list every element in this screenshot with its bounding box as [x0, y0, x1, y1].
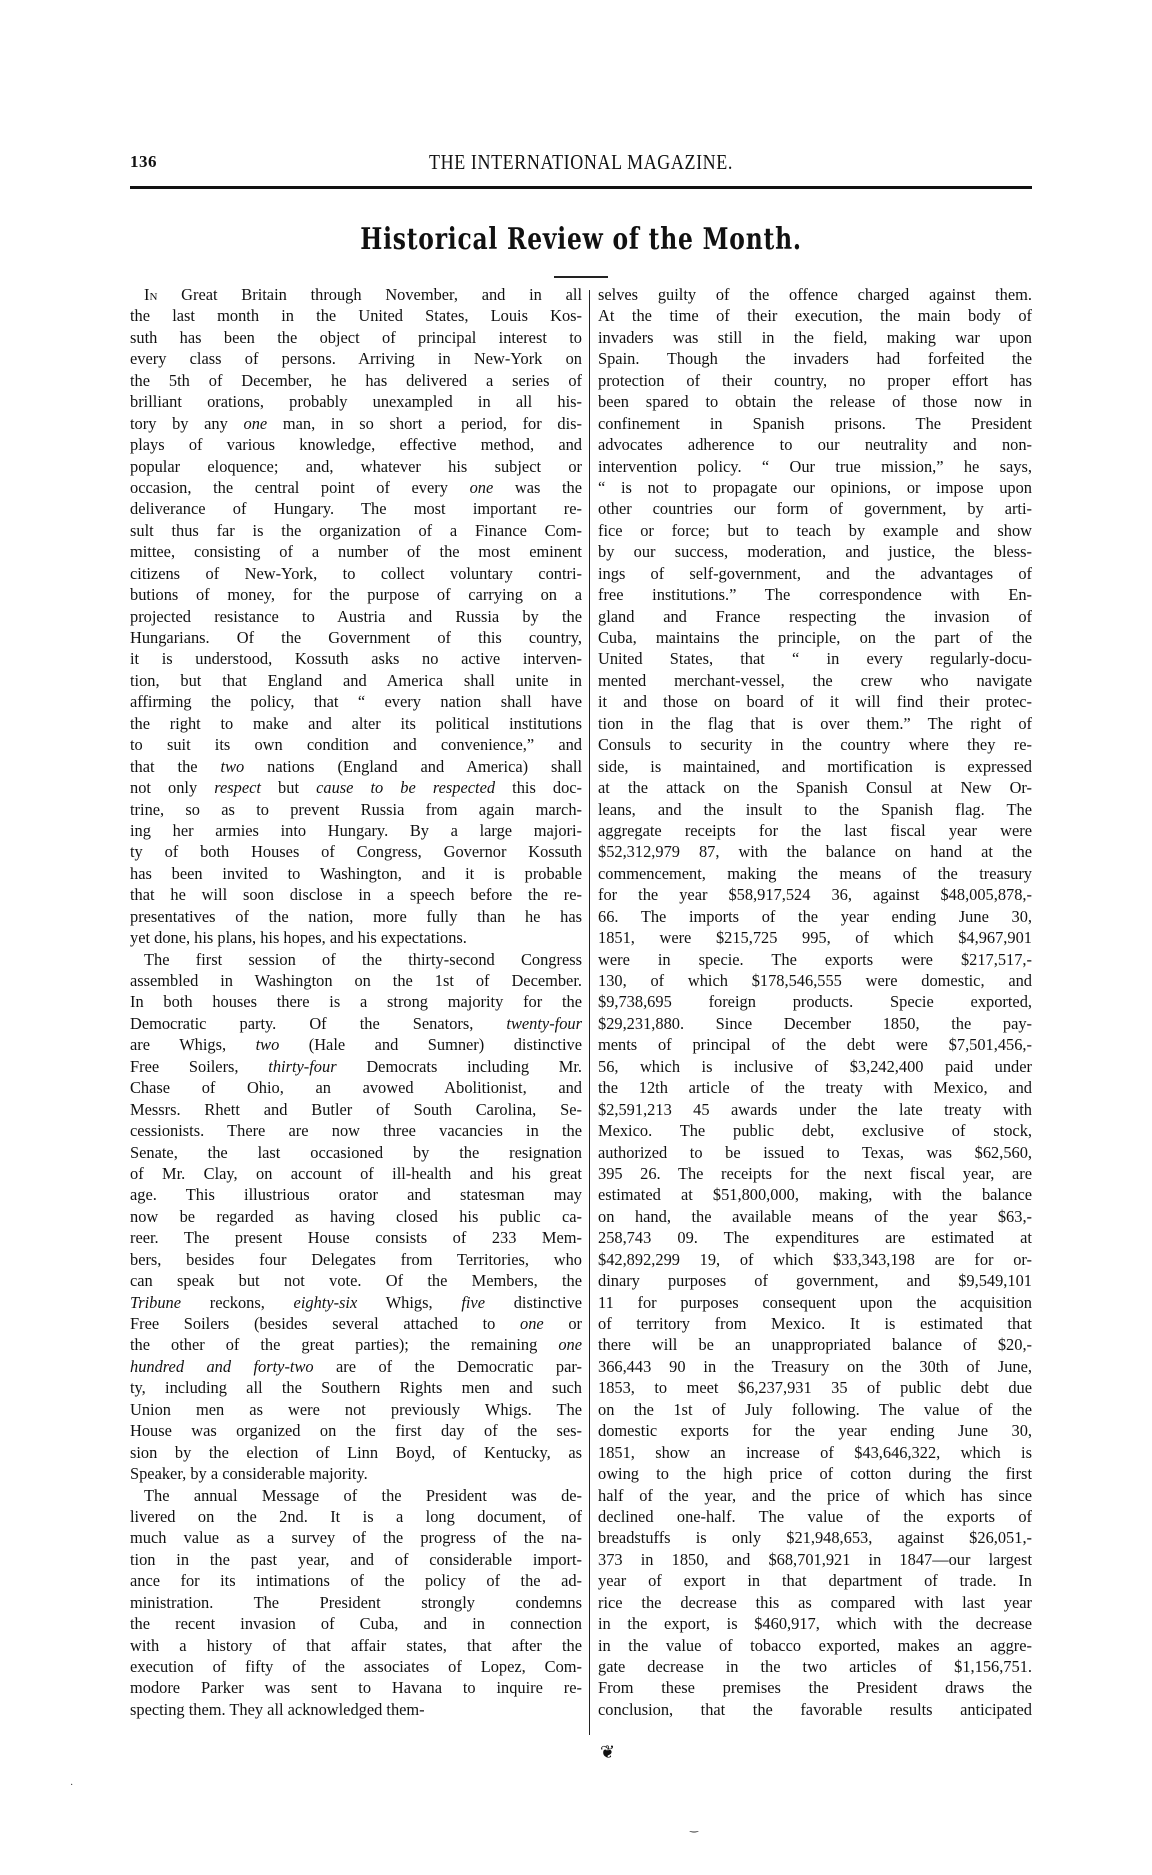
- magazine-title: THE INTERNATIONAL MAGAZINE.: [130, 150, 1032, 174]
- text-line: the other of the great parties); the rem…: [130, 1334, 582, 1355]
- text-line: half of the year, and the price of which…: [598, 1485, 1032, 1506]
- text-line: in the value of tobacco exported, makes …: [598, 1635, 1032, 1656]
- right-column: selves guilty of the offence charged aga…: [598, 284, 1032, 1720]
- text-line: been spared to obtain the release of tho…: [598, 391, 1032, 412]
- text-line: on the 1st of July following. The value …: [598, 1399, 1032, 1420]
- text-line: rice the decrease this as compared with …: [598, 1592, 1032, 1613]
- text-line: aggregate receipts for the last fiscal y…: [598, 820, 1032, 841]
- text-line: Chase of Ohio, an avowed Abolitionist, a…: [130, 1077, 582, 1098]
- text-line: now be regarded as having closed his pub…: [130, 1206, 582, 1227]
- text-line: 1851, were $215,725 995, of which $4,967…: [598, 927, 1032, 948]
- text-line: Messrs. Rhett and Butler of South Caroli…: [130, 1099, 582, 1120]
- text-line: tion in the past year, and of considerab…: [130, 1549, 582, 1570]
- text-line: affirming the policy, that “ every natio…: [130, 691, 582, 712]
- text-line: United States, that “ in every regularly…: [598, 648, 1032, 669]
- text-line: that the two nations (England and Americ…: [130, 756, 582, 777]
- text-line: invaders was still in the field, making …: [598, 327, 1032, 348]
- text-line: gland and France respecting the invasion…: [598, 606, 1032, 627]
- text-line: occasion, the central point of every one…: [130, 477, 582, 498]
- text-line: From these premises the President draws …: [598, 1677, 1032, 1698]
- text-line: cessionists. There are now three vacanci…: [130, 1120, 582, 1141]
- text-line: other countries our form of government, …: [598, 498, 1032, 519]
- text-line: in the export, is $460,917, which with t…: [598, 1613, 1032, 1634]
- text-line: The annual Message of the President was …: [130, 1485, 582, 1506]
- text-line: tory by any one man, in so short a perio…: [130, 413, 582, 434]
- text-line: ments of principal of the debt were $7,5…: [598, 1034, 1032, 1055]
- text-line: Free Soilers, thirty-four Democrats incl…: [130, 1056, 582, 1077]
- text-line: $42,892,299 19, of which $33,343,198 are…: [598, 1249, 1032, 1270]
- text-line: the 5th of December, he has delivered a …: [130, 370, 582, 391]
- text-line: brilliant orations, probably unexampled …: [130, 391, 582, 412]
- running-head: 136 THE INTERNATIONAL MAGAZINE.: [130, 152, 1032, 176]
- text-line: Senate, the last occasioned by the resig…: [130, 1142, 582, 1163]
- text-line: assembled in Washington on the 1st of De…: [130, 970, 582, 991]
- text-line: it and those on board of it will find th…: [598, 691, 1032, 712]
- text-line: hundred and forty-two are of the Democra…: [130, 1356, 582, 1377]
- text-line: declined one-half. The value of the expo…: [598, 1506, 1032, 1527]
- text-line: can speak but not vote. Of the Members, …: [130, 1270, 582, 1291]
- text-line: the last month in the United States, Lou…: [130, 305, 582, 326]
- article-title: Historical Review of the Month.: [229, 222, 933, 257]
- text-line: free institutions.” The correspondence w…: [598, 584, 1032, 605]
- print-speck: ·: [70, 1780, 73, 1791]
- text-line: 1851, show an increase of $43,646,322, w…: [598, 1442, 1032, 1463]
- text-line: $9,738,695 foreign products. Specie expo…: [598, 991, 1032, 1012]
- text-line: fice or force; but to teach by example a…: [598, 520, 1032, 541]
- text-line: reer. The present House consists of 233 …: [130, 1227, 582, 1248]
- text-line: of territory from Mexico. It is estimate…: [598, 1313, 1032, 1334]
- header-rule: [130, 186, 1032, 189]
- text-line: tion, but that England and America shall…: [130, 670, 582, 691]
- text-line: $2,591,213 45 awards under the late trea…: [598, 1099, 1032, 1120]
- text-line: Mexico. The public debt, exclusive of st…: [598, 1120, 1032, 1141]
- text-line: year of export in that department of tra…: [598, 1570, 1032, 1591]
- text-line: advocates adherence to our neutrality an…: [598, 434, 1032, 455]
- text-line: $29,231,880. Since December 1850, the pa…: [598, 1013, 1032, 1034]
- text-line: Hungarians. Of the Government of this co…: [130, 627, 582, 648]
- text-line: it is understood, Kossuth asks no active…: [130, 648, 582, 669]
- column-divider: [589, 290, 590, 1735]
- text-line: there will be an unappropriated balance …: [598, 1334, 1032, 1355]
- text-line: 66. The imports of the year ending June …: [598, 906, 1032, 927]
- text-line: on hand, the available means of the year…: [598, 1206, 1032, 1227]
- text-line: Democratic party. Of the Senators, twent…: [130, 1013, 582, 1034]
- text-line: popular eloquence; and, whatever his sub…: [130, 456, 582, 477]
- text-line: ty of both Houses of Congress, Governor …: [130, 841, 582, 862]
- text-line: Free Soilers (besides several attached t…: [130, 1313, 582, 1334]
- text-line: mented merchant-vessel, the crew who nav…: [598, 670, 1032, 691]
- text-line: dinary purposes of government, and $9,54…: [598, 1270, 1032, 1291]
- text-line: presentatives of the nation, more fully …: [130, 906, 582, 927]
- text-line: Cuba, maintains the principle, on the pa…: [598, 627, 1032, 648]
- text-line: 56, which is inclusive of $3,242,400 pai…: [598, 1056, 1032, 1077]
- text-line: Union men as were not previously Whigs. …: [130, 1399, 582, 1420]
- text-line: 1853, to meet $6,237,931 35 of public de…: [598, 1377, 1032, 1398]
- text-line: leans, and the insult to the Spanish fla…: [598, 799, 1032, 820]
- text-line: domestic exports for the year ending Jun…: [598, 1420, 1032, 1441]
- text-line: tion in the flag that is over them.” The…: [598, 713, 1032, 734]
- text-line: The first session of the thirty-second C…: [130, 949, 582, 970]
- text-line: In both houses there is a strong majorit…: [130, 991, 582, 1012]
- text-line: deliverance of Hungary. The most importa…: [130, 498, 582, 519]
- text-line: suth has been the object of principal in…: [130, 327, 582, 348]
- text-line: sult thus far is the organization of a F…: [130, 520, 582, 541]
- text-line: 395 26. The receipts for the next fiscal…: [598, 1163, 1032, 1184]
- text-line: livered on the 2nd. It is a long documen…: [130, 1506, 582, 1527]
- text-line: Spain. Though the invaders had forfeited…: [598, 348, 1032, 369]
- text-line: execution of fifty of the associates of …: [130, 1656, 582, 1677]
- text-line: has been invited to Washington, and it i…: [130, 863, 582, 884]
- text-line: conclusion, that the favorable results a…: [598, 1699, 1032, 1720]
- printer-ornament-icon: ❦: [600, 1742, 615, 1763]
- text-line: confinement in Spanish prisons. The Pres…: [598, 413, 1032, 434]
- text-line: Speaker, by a considerable majority.: [130, 1463, 582, 1484]
- text-line: of Mr. Clay, on account of ill-health an…: [130, 1163, 582, 1184]
- text-line: age. This illustrious orator and statesm…: [130, 1184, 582, 1205]
- text-line: the recent invasion of Cuba, and in conn…: [130, 1613, 582, 1634]
- left-column: In Great Britain through November, and i…: [130, 284, 582, 1720]
- text-line: ministration. The President strongly con…: [130, 1592, 582, 1613]
- text-line: plays of various knowledge, effective me…: [130, 434, 582, 455]
- text-line: 130, of which $178,546,555 were domestic…: [598, 970, 1032, 991]
- text-line: the right to make and alter its politica…: [130, 713, 582, 734]
- text-line: $52,312,979 87, with the balance on hand…: [598, 841, 1032, 862]
- text-line: that he will soon disclose in a speech b…: [130, 884, 582, 905]
- text-line: are Whigs, two (Hale and Sumner) distinc…: [130, 1034, 582, 1055]
- text-line: side, is maintained, and mortification i…: [598, 756, 1032, 777]
- text-line: “ is not to propagate our opinions, or i…: [598, 477, 1032, 498]
- text-line: the 12th article of the treaty with Mexi…: [598, 1077, 1032, 1098]
- text-line: Tribune reckons, eighty-six Whigs, five …: [130, 1292, 582, 1313]
- text-line: ings of self-government, and the advanta…: [598, 563, 1032, 584]
- text-line: not only respect but cause to be respect…: [130, 777, 582, 798]
- text-line: every class of persons. Arriving in New-…: [130, 348, 582, 369]
- text-line: were in specie. The exports were $217,51…: [598, 949, 1032, 970]
- text-line: ing her armies into Hungary. By a large …: [130, 820, 582, 841]
- text-line: 373 in 1850, and $68,701,921 in 1847—our…: [598, 1549, 1032, 1570]
- text-line: butions of money, for the purpose of car…: [130, 584, 582, 605]
- text-line: by our success, moderation, and justice,…: [598, 541, 1032, 562]
- text-line: much value as a survey of the progress o…: [130, 1527, 582, 1548]
- text-line: sion by the election of Linn Boyd, of Ke…: [130, 1442, 582, 1463]
- text-line: owing to the high price of cotton during…: [598, 1463, 1032, 1484]
- text-line: specting them. They all acknowledged the…: [130, 1699, 582, 1720]
- text-line: In Great Britain through November, and i…: [130, 284, 582, 305]
- title-rule: [554, 276, 608, 278]
- print-speck: ‿: [690, 1822, 698, 1833]
- text-line: for the year $58,917,524 36, against $48…: [598, 884, 1032, 905]
- text-line: House was organized on the first day of …: [130, 1420, 582, 1441]
- text-line: projected resistance to Austria and Russ…: [130, 606, 582, 627]
- text-line: 258,743 09. The expenditures are estimat…: [598, 1227, 1032, 1248]
- text-line: 11 for purposes consequent upon the acqu…: [598, 1292, 1032, 1313]
- text-line: estimated at $51,800,000, making, with t…: [598, 1184, 1032, 1205]
- text-line: ty, including all the Southern Rights me…: [130, 1377, 582, 1398]
- text-line: Consuls to security in the country where…: [598, 734, 1032, 755]
- text-line: trine, so as to prevent Russia from agai…: [130, 799, 582, 820]
- text-line: mittee, consisting of a number of the mo…: [130, 541, 582, 562]
- text-line: ance for its intimations of the policy o…: [130, 1570, 582, 1591]
- text-line: intervention policy. “ Our true mission,…: [598, 456, 1032, 477]
- text-line: yet done, his plans, his hopes, and his …: [130, 927, 582, 948]
- text-line: 366,443 90 in the Treasury on the 30th o…: [598, 1356, 1032, 1377]
- text-line: selves guilty of the offence charged aga…: [598, 284, 1032, 305]
- text-line: protection of their country, no proper e…: [598, 370, 1032, 391]
- text-line: to suit its own condition and convenienc…: [130, 734, 582, 755]
- text-line: breadstuffs is only $21,948,653, against…: [598, 1527, 1032, 1548]
- text-line: bers, besides four Delegates from Territ…: [130, 1249, 582, 1270]
- text-line: commencement, making the means of the tr…: [598, 863, 1032, 884]
- text-line: citizens of New-York, to collect volunta…: [130, 563, 582, 584]
- text-line: with a history of that affair states, th…: [130, 1635, 582, 1656]
- text-line: authorized to be issued to Texas, was $6…: [598, 1142, 1032, 1163]
- text-line: at the attack on the Spanish Consul at N…: [598, 777, 1032, 798]
- text-line: At the time of their execution, the main…: [598, 305, 1032, 326]
- text-line: modore Parker was sent to Havana to inqu…: [130, 1677, 582, 1698]
- text-line: gate decrease in the two articles of $1,…: [598, 1656, 1032, 1677]
